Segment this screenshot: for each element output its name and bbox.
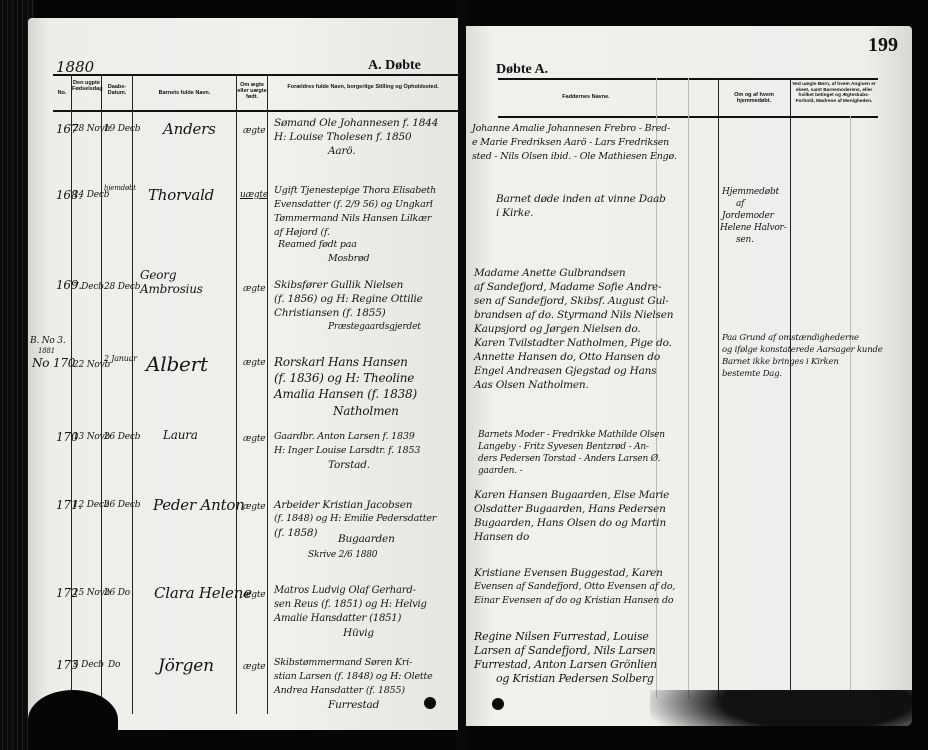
faint-column-divider (688, 78, 689, 698)
legitimacy: ægte (243, 502, 265, 512)
section-title-right: Døbte A. (496, 62, 548, 78)
sponsor-line: Furrestad, Anton Larsen Grönlien (474, 658, 657, 672)
parents-line: H: Louise Tholesen f. 1850 (274, 130, 411, 144)
baptism-date: Do (108, 660, 120, 670)
parents-line: Christiansen (f. 1855) (274, 306, 386, 320)
parents-line: H: Inger Louise Larsdtr. f. 1853 (274, 444, 420, 458)
parents-line: Reamed født paa (278, 238, 357, 252)
page-shadow (650, 690, 928, 750)
column-divider (101, 74, 102, 714)
sponsor-line: Bugaarden, Hans Olsen do og Martin (474, 516, 666, 530)
sponsor-line: Regine Nilsen Furrestad, Louise (474, 630, 649, 644)
parents-line: Amalie Hansdatter (1851) (274, 612, 401, 626)
child-name: Thorvald (148, 186, 214, 204)
child-name: Jörgen (158, 656, 214, 676)
column-divider (71, 74, 72, 714)
left-page: 1880 A. Døbte No. Den ugpte Fødselsdag D… (28, 18, 458, 730)
parents-line: Skibstømmermand Søren Kri- (274, 656, 412, 670)
header-legitimacy: Om ægte eller uægte født. (237, 82, 267, 100)
sponsor-line: af Sandefjord, Madame Sofie Andre- (474, 280, 661, 294)
header-birth-date: Den ugpte Fødselsdag (72, 80, 101, 92)
sponsor-line: Karen Hansen Bugaarden, Else Marie (474, 488, 669, 502)
sponsor-line: Johanne Amalie Johannesen Frebro - Bred- (472, 122, 670, 136)
legitimacy: ægte (243, 284, 265, 294)
sponsor-line: e Marie Fredriksen Aarö - Lars Fredrikse… (472, 136, 669, 150)
sponsor-line: Madame Anette Gulbrandsen (474, 266, 625, 280)
parents-line: (f. 1836) og H: Theoline (274, 370, 414, 386)
legitimacy: uægte (240, 190, 268, 200)
margin-note: B. No 3. (30, 336, 65, 346)
parents-line: Andrea Hansdatter (f. 1855) (274, 684, 405, 698)
child-name: Georg Ambrosius (140, 268, 234, 296)
sponsor-line: Karen Tvilstadter Natholmen, Pige do. (474, 336, 672, 350)
faint-column-divider (850, 116, 851, 696)
home-baptism-note: Hjemmedøbt (722, 186, 779, 199)
sponsor-line: Barnet døde inden at vinne Daab (496, 192, 666, 206)
legitimacy: ægte (243, 358, 265, 368)
parents-line: (f. 1856) og H: Regine Ottilie (274, 292, 423, 306)
parents-line: Ugift Tjenestepige Thora Elisabeth (274, 184, 436, 198)
legitimacy: ægte (243, 590, 265, 600)
column-divider (236, 74, 237, 714)
parents-line: sen Reus (f. 1851) og H: Helvig (274, 598, 427, 612)
column-divider (132, 74, 133, 714)
baptism-date: hjemdøbt (104, 184, 136, 192)
sponsor-line: Kaupsjord og Jørgen Nielsen do. (474, 322, 640, 336)
sponsor-line: Einar Evensen af do og Kristian Hansen d… (474, 594, 673, 608)
sponsor-line: Evensen af Sandefjord, Otto Evensen af d… (474, 580, 675, 594)
parents-line: Evensdatter (f. 2/9 56) og Ungkarl (274, 198, 433, 212)
child-name: Peder Anton (153, 496, 245, 514)
parents-line: (f. 1848) og H: Emilie Pedersdatter (274, 512, 436, 526)
parents-residence: Bugaarden (338, 532, 395, 546)
child-name: Clara Helene (154, 584, 252, 602)
parents-residence: Aarö. (328, 144, 355, 158)
parents-line: Skibsfører Gullik Nielsen (274, 278, 403, 292)
header-home-baptism: Om og af hvem hjemmedøbt. (720, 92, 788, 104)
section-title-left: A. Døbte (368, 58, 421, 74)
parents-residence: Mosbrød (328, 252, 369, 266)
child-name: Albert (146, 352, 208, 376)
home-baptism-note: bestemte Dag. (722, 368, 782, 381)
birth-date: 5 Decb (73, 660, 104, 670)
parents-residence: Furrestad (328, 698, 379, 712)
birth-date: 7 Decb (73, 282, 104, 292)
header-sponsors: Faddernes Navne. (526, 94, 646, 100)
baptism-date: 2 Januar (104, 354, 137, 363)
sponsor-line: gaarden. - (478, 464, 522, 478)
home-baptism-note: sen. (736, 234, 754, 247)
entry-number: No 170 (32, 356, 75, 370)
parents-line: (f. 1858) (274, 526, 317, 540)
column-divider (267, 74, 268, 714)
sponsor-line: Annette Hansen do, Otto Hansen do (474, 350, 660, 364)
parents-line: Arbeider Kristian Jacobsen (274, 498, 412, 512)
legitimacy: ægte (243, 126, 265, 136)
header-baptism-date: Daabs-Datum. (102, 84, 132, 96)
header-parents: Forældres fulde Navn, borgerlige Stillin… (273, 84, 453, 90)
header-no: No. (53, 90, 71, 96)
sponsor-line: sted - Nils Olsen ibid. - Ole Mathiesen … (472, 150, 677, 164)
sponsor-line: Larsen af Sandefjord, Nils Larsen (474, 644, 656, 658)
baptism-date: 19 Decb (104, 124, 140, 134)
sponsor-line: i Kirke. (496, 206, 533, 220)
parents-residence: Hüvig (343, 626, 374, 640)
parents-line: stian Larsen (f. 1848) og H: Olette (274, 670, 433, 684)
page-shadow (28, 690, 118, 750)
parents-line: Sømand Ole Johannesen f. 1844 (274, 116, 438, 130)
parents-residence: Natholmen (333, 404, 399, 418)
margin-note: 1881 (38, 346, 55, 356)
baptism-date: 28 Decb (104, 282, 140, 292)
right-page: Døbte A. 199 Faddernes Navne. Om og af h… (466, 26, 912, 726)
legitimacy: ægte (243, 434, 265, 444)
header-child-name: Barnets fulde Navn. (133, 90, 236, 96)
sponsor-line: brandsen af do. Styrmand Nils Nielsen (474, 308, 673, 322)
parents-residence: Præstegaardsgjerdet (328, 320, 421, 334)
parents-line: Amalia Hansen (f. 1838) (274, 386, 417, 402)
header-bottom-rule (53, 110, 458, 112)
parents-line: Tømmermand Nils Hansen Lilkær (274, 212, 431, 226)
parents-residence: Torstad. (328, 458, 370, 472)
child-name: Laura (163, 428, 198, 442)
header-top-rule (53, 74, 458, 76)
column-divider (718, 78, 719, 698)
sponsor-line: Hansen do (474, 530, 529, 544)
parents-note: Skrive 2/6 1880 (308, 548, 377, 562)
column-divider (790, 78, 791, 698)
baptism-date: 26 Decb (104, 500, 140, 510)
sponsor-line: Engel Andreasen Gjegstad og Hans (474, 364, 656, 378)
sponsor-line: Aas Olsen Natholmen. (474, 378, 589, 392)
sponsor-line: Olsdatter Bugaarden, Hans Pedersen (474, 502, 666, 516)
header-remarks: Ved uægte Børn, af hvem Angiven er skeet… (792, 82, 876, 104)
sponsor-line: og Kristian Pedersen Solberg (496, 672, 654, 686)
legitimacy: ægte (243, 662, 265, 672)
page-number: 199 (868, 34, 898, 57)
parents-line: Matros Ludvig Olaf Gerhard- (274, 584, 416, 598)
child-name: Anders (163, 120, 216, 138)
ink-blot (492, 698, 504, 710)
sponsor-line: Kristiane Evensen Buggestad, Karen (474, 566, 663, 580)
parents-line: Rorskarl Hans Hansen (274, 354, 408, 370)
sponsor-line: sen af Sandefjord, Skibsf. August Gul- (474, 294, 669, 308)
parents-line: Gaardbr. Anton Larsen f. 1839 (274, 430, 415, 444)
ink-blot (424, 697, 436, 709)
baptism-date: 26 Do (104, 588, 130, 598)
baptism-date: 26 Decb (104, 432, 140, 442)
